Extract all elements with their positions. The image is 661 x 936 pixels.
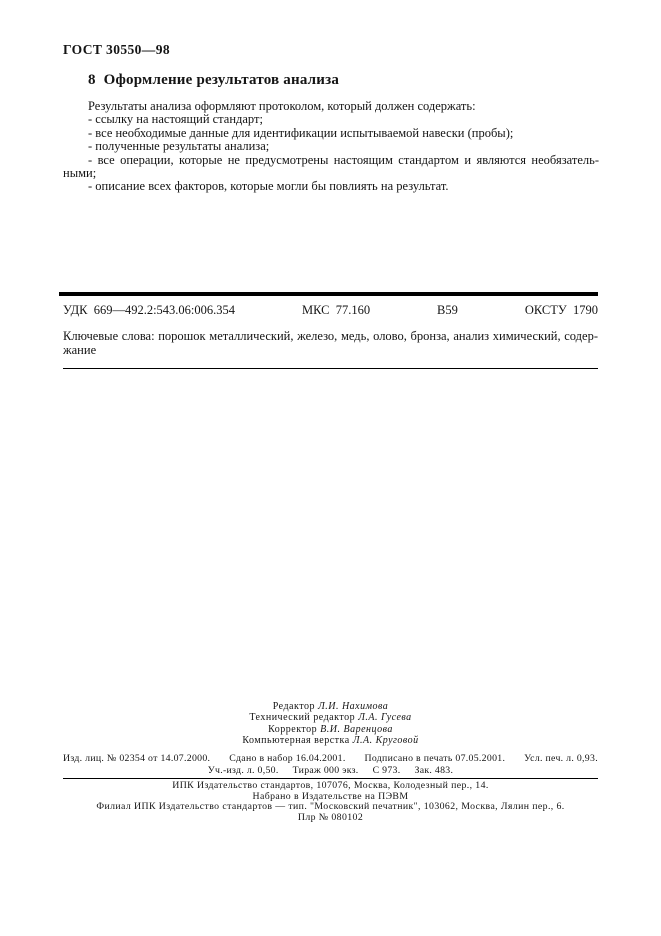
body-list-item: - все операции, которые не предусмотрены… [63,154,599,167]
edition-sheets: Уч.-изд. л. 0,50. [208,765,279,776]
credits-block: Редактор Л.И. Нахимова Технический редак… [63,701,598,746]
body-list-item: - полученные результаты анализа; [63,140,599,153]
print-run: Тираж 000 экз. [293,765,359,776]
plr-number: Плр № 080102 [63,813,598,824]
credit-role: Редактор [273,701,318,712]
imprint-divider [63,778,598,779]
credit-name: Л.А. Круговой [353,735,419,746]
doc-number: ГОСТ 30550—98 [63,42,170,58]
credit-role: Технический редактор [249,712,358,723]
keywords-divider [63,368,598,369]
typeset-date: Сдано в набор 16.04.2001. [229,753,345,764]
body-line: Результаты анализа оформляют протоколом,… [63,100,599,113]
imprint-row-2: Уч.-изд. л. 0,50. Тираж 000 экз. С 973. … [63,765,598,776]
publisher-block: ИПК Издательство стандартов, 107076, Мос… [63,781,598,824]
credit-name: Л.И. Нахимова [318,701,388,712]
license-info: Изд. лиц. № 02354 от 14.07.2000. [63,753,210,764]
order-number: Зак. 483. [415,765,454,776]
section-body: Результаты анализа оформляют протоколом,… [63,100,599,194]
body-list-item-continuation: ными; [63,167,599,180]
c-number: С 973. [373,765,401,776]
keywords-line: Ключевые слова: порошок металлический, ж… [63,329,598,343]
credit-line: Компьютерная верстка Л.А. Круговой [63,735,598,746]
body-list-item: - все необходимые данные для идентификац… [63,127,599,140]
print-date: Подписано в печать 07.05.2001. [364,753,505,764]
section-heading: 8 Оформление результатов анализа [88,72,339,89]
body-list-item: - ссылку на настоящий стандарт; [63,113,599,126]
credit-name: В.И. Варенцова [320,724,393,735]
credit-line: Корректор В.И. Варенцова [63,724,598,735]
credit-name: Л.А. Гусева [358,712,412,723]
udk-code: УДК 669—492.2:543.06:006.354 [63,303,235,318]
keywords-block: Ключевые слова: порошок металлический, ж… [63,329,598,357]
classification-row: УДК 669—492.2:543.06:006.354 МКС 77.160 … [63,303,598,318]
okstu-code: ОКСТУ 1790 [525,303,598,318]
print-sheets: Усл. печ. л. 0,93. [524,753,598,764]
document-page: ГОСТ 30550—98 8 Оформление результатов а… [0,0,661,936]
imprint-row-1: Изд. лиц. № 02354 от 14.07.2000. Сдано в… [63,753,598,764]
credit-role: Компьютерная верстка [242,735,352,746]
mks-code: МКС 77.160 [302,303,370,318]
credit-line: Технический редактор Л.А. Гусева [63,712,598,723]
credit-line: Редактор Л.И. Нахимова [63,701,598,712]
letter-code: В59 [437,303,458,318]
credit-role: Корректор [268,724,320,735]
keywords-line: жание [63,343,598,357]
body-list-item: - описание всех факторов, которые могли … [63,180,599,193]
thick-divider [59,292,598,296]
